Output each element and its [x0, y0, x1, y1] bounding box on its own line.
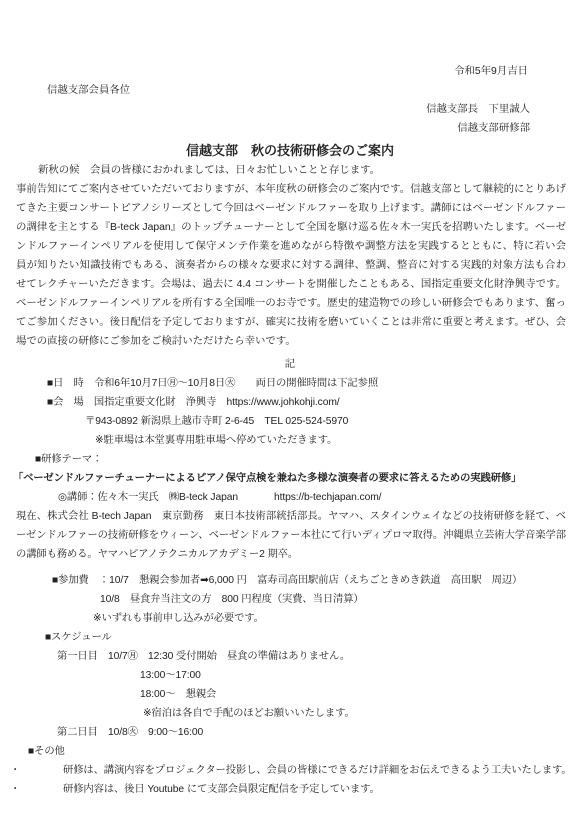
lecturer-label: ◎講師：佐々木一実氏 ㈱B-teck Japan [58, 492, 238, 503]
schedule-day1: 第一日目 10/7㊊ 12:30 受付開始 昼食の準備はありません。 [0, 647, 580, 666]
letter-page: 令和5年9月吉日 信越支部会員各位 信越支部長 下里誠人 信越支部研修部 信越支… [0, 0, 580, 820]
others-label: ■その他 [0, 742, 580, 761]
detail-venue: ■会 場 国指定重要文化財 浄興寺 https://www.johkohji.c… [0, 393, 580, 412]
other-item-2: ・研修内容は、後日 Youtube にて支部会員限定配信を予定しています。 [0, 780, 580, 799]
theme-title: 「ベーゼンドルファーチューナーによるピアノ保守点検を兼ねた多様な演奏者の要求に答… [0, 469, 580, 488]
greeting-paragraph: 新秋の候 会員の皆様におかれましては、日々お忙しいことと存じます。 [0, 161, 580, 180]
fee-line-2: 10/8 昼食弁当注文の方 800 円程度（実費、当日清算） [0, 590, 580, 609]
lecturer-line: ◎講師：佐々木一実氏 ㈱B-teck Japanhttps://b-techja… [0, 488, 580, 507]
page-title: 信越支部 秋の技術研修会のご案内 [0, 140, 580, 161]
fee-line-1: ■参加費 ：10/7 懇親会参加者➡6,000 円 富寿司高田駅前店（えちごとき… [0, 571, 580, 590]
venue-url: https://www.johkohji.com/ [226, 397, 339, 408]
venue-label: ■会 場 国指定重要文化財 浄興寺 [47, 397, 226, 408]
parking-note: ※駐車場は本堂裏専用駐車場へ停めていただきます。 [0, 431, 580, 450]
schedule-day1-afternoon: 13:00～17:00 [0, 666, 580, 685]
detail-address: 〒943-0892 新潟県上越市寺町 2-6-45 TEL 025-524-59… [0, 412, 580, 431]
details-section: ■日 時 令和6年10月7日㊊～10月8日㊋ 両日の開催時間は下記参照 ■会 場… [0, 374, 580, 799]
detail-datetime: ■日 時 令和6年10月7日㊊～10月8日㊋ 両日の開催時間は下記参照 [0, 374, 580, 393]
schedule-day1-evening: 18:00～ 懇親会 [0, 685, 580, 704]
fee-note: ※いずれも事前申し込みが必要です。 [0, 609, 580, 628]
lecturer-bio: 現在、株式会社 B-tech Japan 東京勤務 東日本技術部統括部長。ヤマハ… [0, 507, 580, 564]
addressee: 信越支部会員各位 [0, 81, 580, 100]
body-paragraph: 事前告知にてご案内させていただいておりますが、本年度秋の研修会のご案内です。信越… [0, 180, 580, 351]
lecturer-url: https://b-techjapan.com/ [274, 492, 382, 503]
lodging-note: ※宿泊は各自で手配のほどお願いいたします。 [0, 704, 580, 723]
sender-name: 信越支部長 下里誠人 [0, 100, 580, 119]
other-item-2-text: 研修内容は、後日 Youtube にて支部会員限定配信を予定しています。 [63, 780, 576, 799]
ki-marker: 記 [0, 355, 580, 374]
document-date: 令和5年9月吉日 [0, 62, 580, 81]
schedule-label: ■スケジュール [0, 628, 580, 647]
bullet-icon: ・ [10, 780, 63, 799]
sender-department: 信越支部研修部 [0, 119, 580, 138]
other-item-1: ・研修は、講演内容をプロジェクター投影し、会員の皆様にできるだけ詳細をお伝えでき… [0, 761, 580, 780]
schedule-day2: 第二日目 10/8㊋ 9:00～16:00 [0, 723, 580, 742]
other-item-1-text: 研修は、講演内容をプロジェクター投影し、会員の皆様にできるだけ詳細をお伝えできる… [63, 761, 576, 780]
theme-label: ■研修テーマ： [0, 450, 580, 469]
bullet-icon: ・ [10, 761, 63, 780]
